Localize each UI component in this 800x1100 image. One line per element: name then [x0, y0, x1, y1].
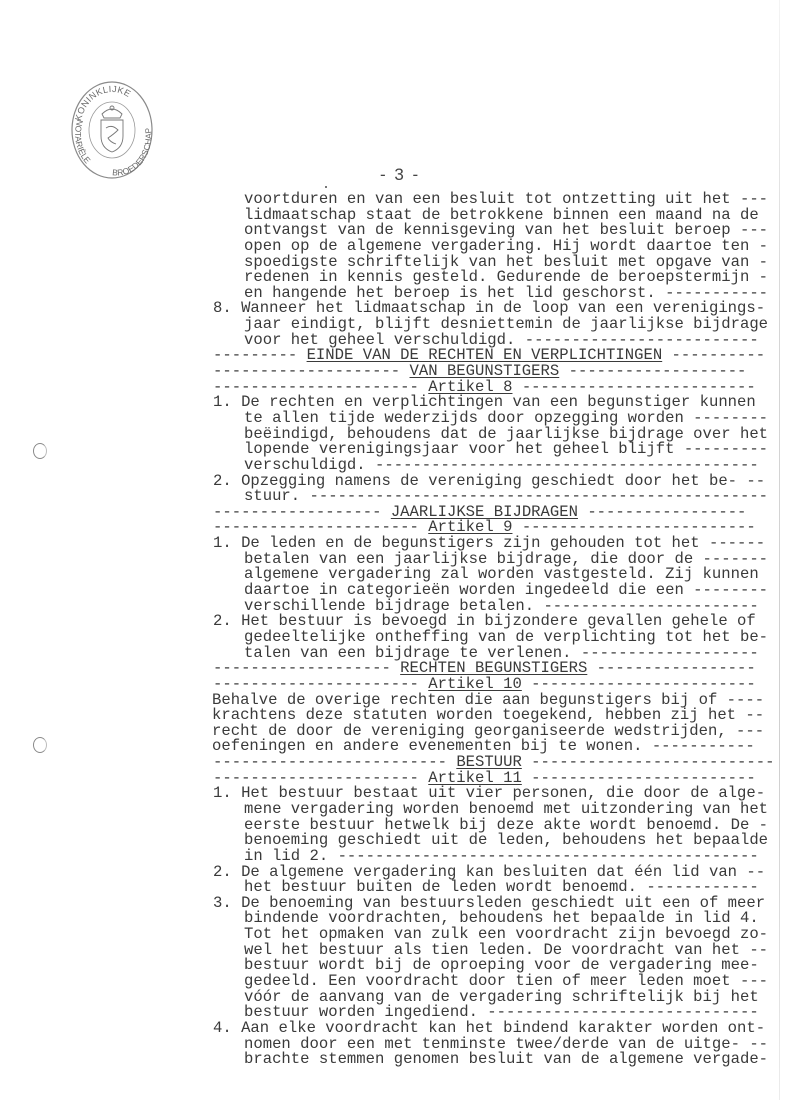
- punch-hole: [33, 443, 47, 459]
- svg-text:NOTARIËLE: NOTARIËLE: [73, 119, 93, 166]
- seal-right-text: BROEDERSCHAP: [112, 127, 154, 178]
- punch-hole: [33, 737, 47, 753]
- document-body: voortduren en van een besluit tot ontzet…: [213, 192, 775, 1068]
- page-number: - 3 -: [380, 165, 420, 185]
- page-edge-line: [779, 0, 780, 1100]
- stray-mark: [325, 186, 327, 188]
- coat-of-arms-icon: [101, 106, 123, 152]
- seal-left-text: NOTARIËLE: [73, 119, 93, 166]
- paragraph-line: brachte stemmen genomen besluit van de a…: [213, 1052, 775, 1068]
- notary-seal-stamp: KONINKLIJKE NOTARIËLE BROEDERSCHAP: [68, 78, 156, 182]
- svg-text:BROEDERSCHAP: BROEDERSCHAP: [112, 127, 154, 178]
